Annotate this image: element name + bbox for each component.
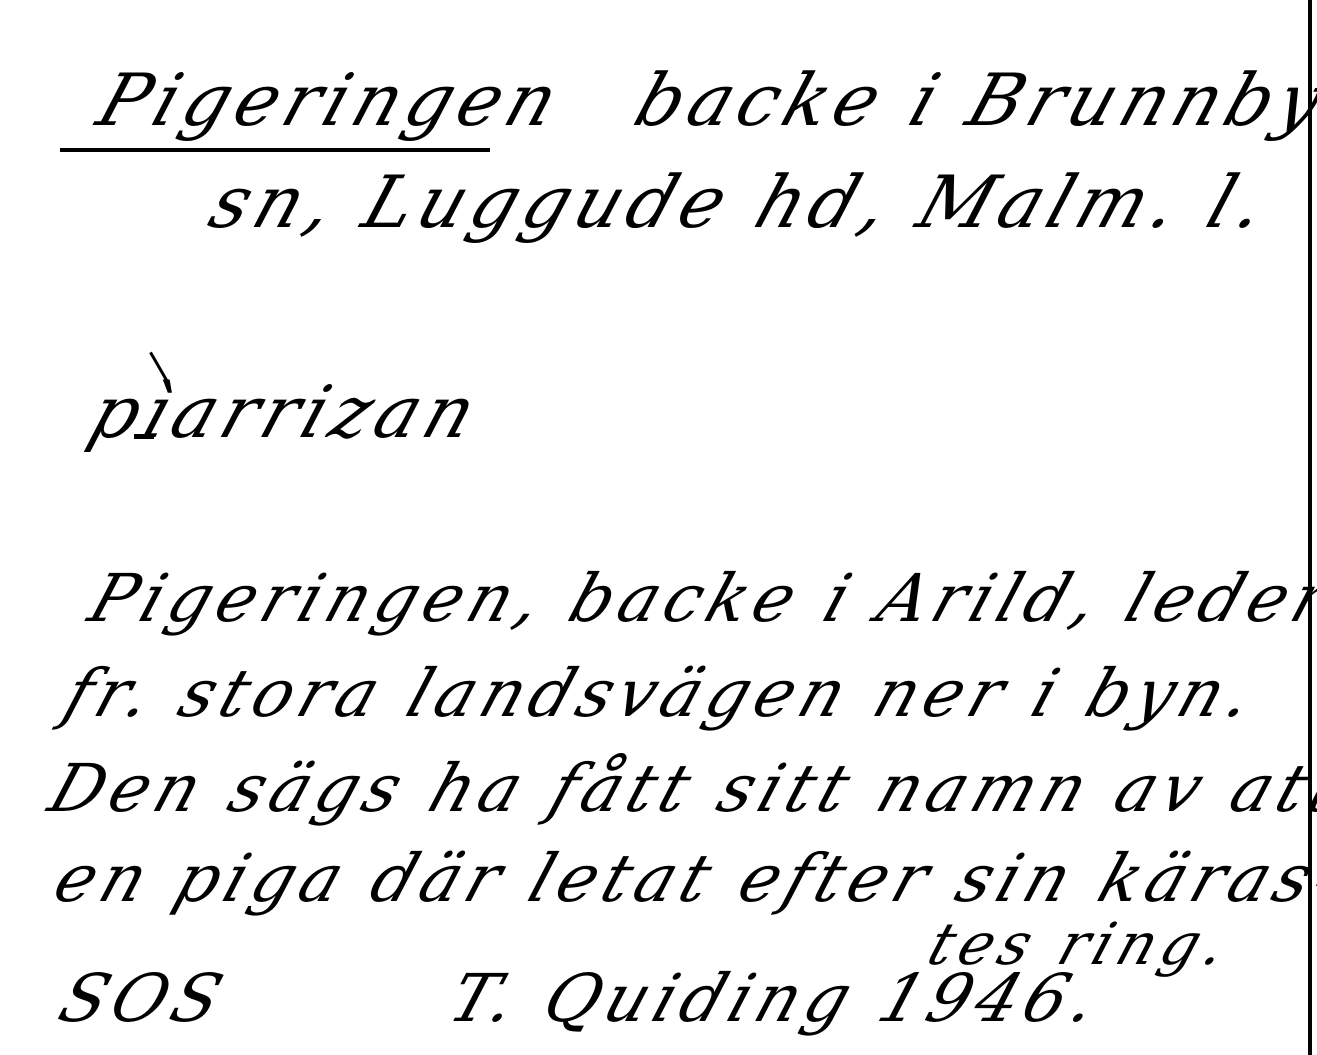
pronunciation: pìarrizan	[80, 370, 492, 454]
header-line-1: backe i Brunnby	[625, 58, 1317, 142]
archive-code: SOS	[50, 960, 238, 1037]
body-line-4: en piga där letat efter sin käras-	[45, 840, 1317, 917]
header-line-2: sn, Luggude hd, Malm. l.	[200, 160, 1283, 244]
headword-underline	[60, 148, 490, 152]
headword: Pigeringen	[88, 58, 574, 142]
collector-signature: T. Quiding 1946.	[440, 960, 1113, 1037]
body-line-1: Pigeringen, backe i Arild, leder	[80, 560, 1317, 637]
archive-card: Pigeringen backe i Brunnby sn, Luggude h…	[0, 0, 1317, 1055]
body-line-2: fr. stora landsvägen ner i byn.	[55, 655, 1268, 732]
stress-underline-mark	[134, 434, 154, 439]
card-right-border	[1308, 0, 1312, 1055]
body-line-3: Den sägs ha fått sitt namn av att	[40, 750, 1317, 827]
